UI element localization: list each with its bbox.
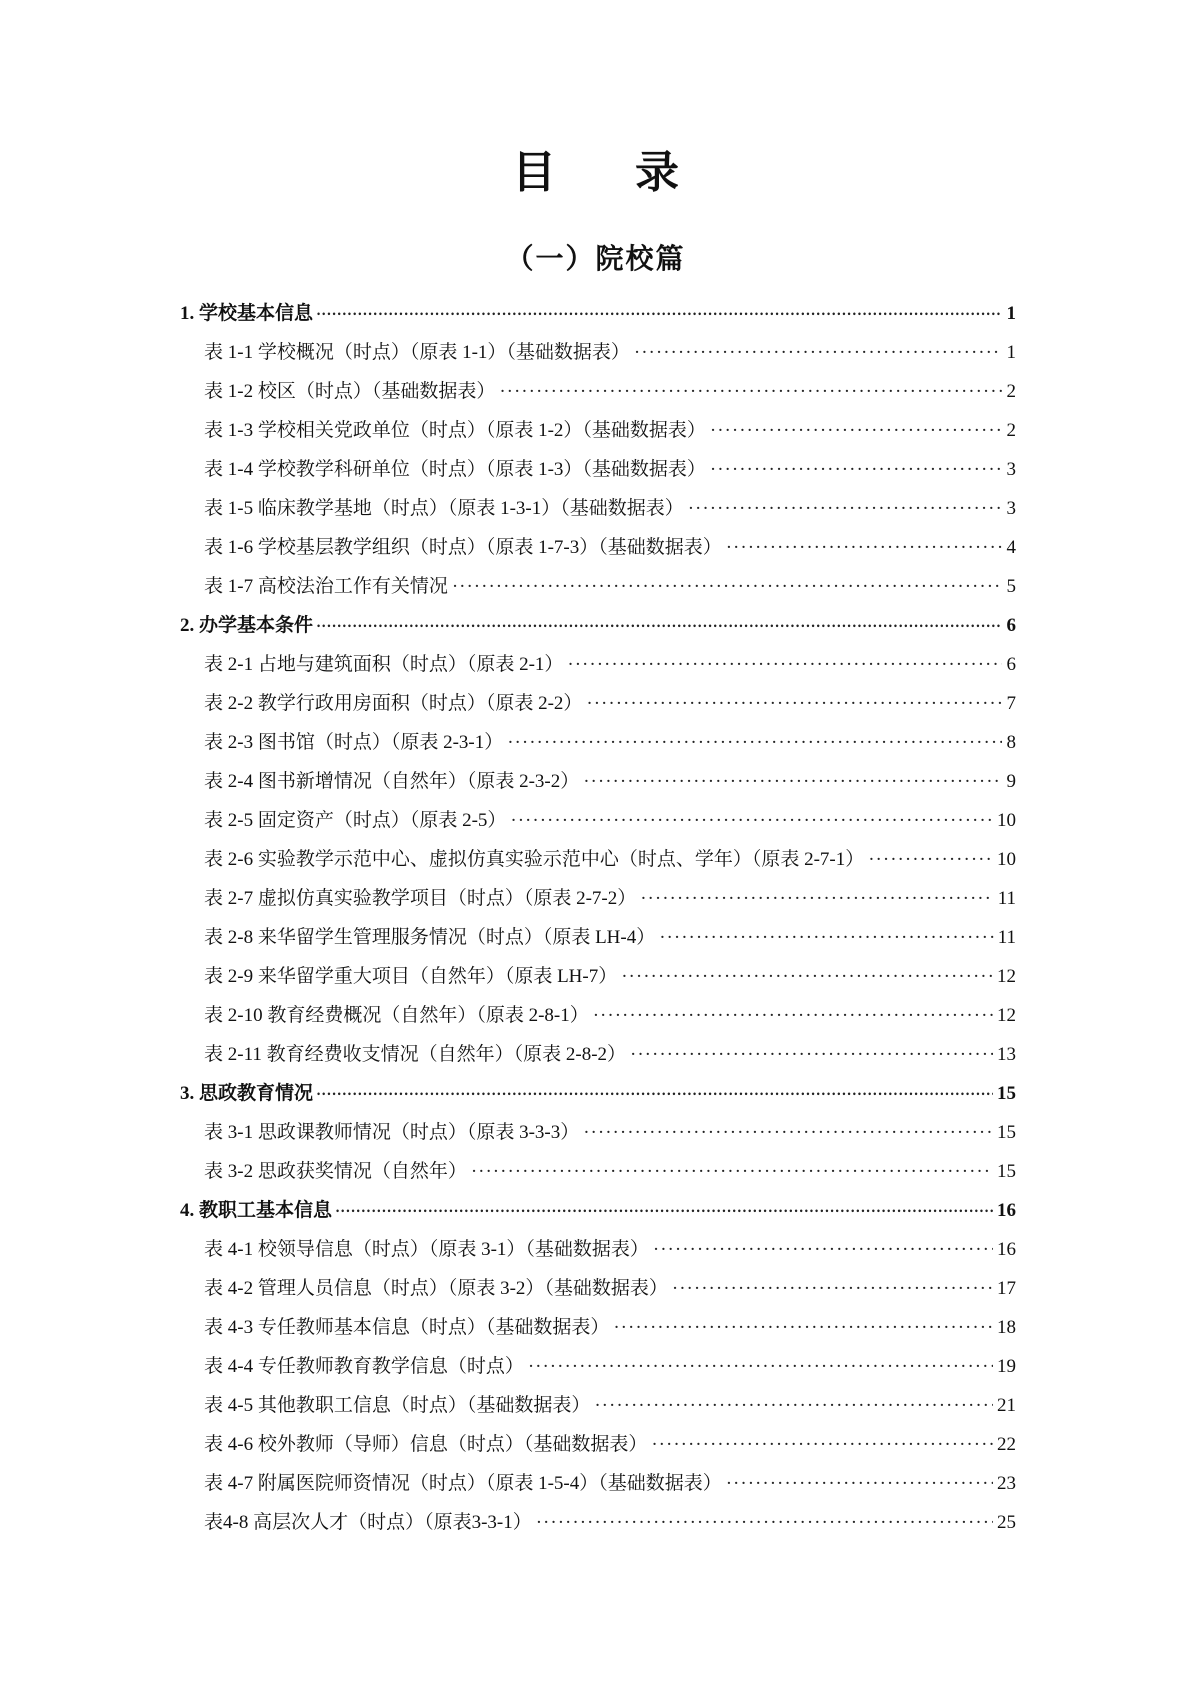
toc-label: 表 4-6 校外教师（导师）信息（时点）（基础数据表） [204,1425,647,1464]
toc-label: 2. 办学基本条件 [180,606,313,645]
toc-entry[interactable]: 表 4-7 附属医院师资情况（时点）（原表 1-5-4）（基础数据表）23 [180,1464,1016,1503]
toc-label: 表 2-8 来华留学生管理服务情况（时点）（原表 LH-4） [204,918,655,957]
dot-leader [471,1152,993,1191]
table-of-contents: 1. 学校基本信息1表 1-1 学校概况（时点）（原表 1-1）（基础数据表）1… [180,294,1016,1542]
toc-label: 表 4-7 附属医院师资情况（时点）（原表 1-5-4）（基础数据表） [204,1464,722,1503]
toc-entry[interactable]: 表 3-1 思政课教师情况（时点）（原表 3-3-3）15 [180,1113,1016,1152]
toc-page-number: 19 [997,1347,1016,1386]
dot-leader [651,1425,993,1464]
toc-label: 表 2-1 占地与建筑面积（时点）（原表 2-1） [204,645,563,684]
dot-leader [583,762,1002,801]
toc-label: 表 2-11 教育经费收支情况（自然年）（原表 2-8-2） [204,1035,626,1074]
dot-leader [317,294,1002,334]
toc-label: 表 3-1 思政课教师情况（时点）（原表 3-3-3） [204,1113,579,1152]
toc-label: 表 2-3 图书馆（时点）（原表 2-3-1） [204,723,503,762]
page-title: 目 录 [0,143,1191,203]
toc-page-number: 4 [1006,528,1016,567]
toc-page-number: 16 [997,1230,1016,1269]
toc-label: 表 3-2 思政获奖情况（自然年） [204,1152,467,1191]
toc-page-number: 3 [1006,450,1016,489]
dot-leader [507,723,1002,762]
toc-page-number: 7 [1006,684,1016,723]
toc-entry[interactable]: 表 4-5 其他教职工信息（时点）（基础数据表）21 [180,1386,1016,1425]
toc-page-number: 23 [997,1464,1016,1503]
dot-leader [452,567,1002,606]
toc-entry[interactable]: 表 1-6 学校基层教学组织（时点）（原表 1-7-3）（基础数据表）4 [180,528,1016,567]
toc-label: 表 2-2 教学行政用房面积（时点）（原表 2-2） [204,684,582,723]
dot-leader [659,918,993,957]
dot-leader [594,1386,993,1425]
toc-page-number: 5 [1006,567,1016,606]
toc-entry[interactable]: 表 2-3 图书馆（时点）（原表 2-3-1）8 [180,723,1016,762]
toc-page-number: 12 [997,996,1016,1035]
dot-leader [567,645,1002,684]
toc-section[interactable]: 3. 思政教育情况15 [180,1074,1016,1113]
dot-leader [583,1113,993,1152]
toc-label: 表 1-2 校区（时点）（基础数据表） [204,372,495,411]
toc-page-number: 6 [1006,606,1016,645]
toc-label: 表4-8 高层次人才（时点）（原表3-3-1） [204,1503,532,1542]
toc-entry[interactable]: 表 4-4 专任教师教育教学信息（时点）19 [180,1347,1016,1386]
toc-label: 表 1-7 高校法治工作有关情况 [204,567,448,606]
dot-leader [630,1035,993,1074]
dot-leader [868,840,993,879]
toc-page-number: 12 [997,957,1016,996]
toc-page-number: 9 [1006,762,1016,801]
dot-leader [640,879,993,918]
dot-leader [710,411,1002,450]
part-title: （一）院校篇 [0,240,1191,280]
toc-entry[interactable]: 表 2-2 教学行政用房面积（时点）（原表 2-2）7 [180,684,1016,723]
toc-entry[interactable]: 表 4-3 专任教师基本信息（时点）（基础数据表）18 [180,1308,1016,1347]
dot-leader [726,528,1002,567]
toc-label: 表 4-1 校领导信息（时点）（原表 3-1）（基础数据表） [204,1230,649,1269]
toc-label: 表 1-6 学校基层教学组织（时点）（原表 1-7-3）（基础数据表） [204,528,722,567]
toc-page-number: 16 [997,1191,1016,1230]
toc-label: 表 2-9 来华留学重大项目（自然年）（原表 LH-7） [204,957,617,996]
toc-entry[interactable]: 表 1-7 高校法治工作有关情况5 [180,567,1016,606]
toc-entry[interactable]: 表 2-4 图书新增情况（自然年）（原表 2-3-2）9 [180,762,1016,801]
dot-leader [528,1347,993,1386]
toc-entry[interactable]: 表 2-11 教育经费收支情况（自然年）（原表 2-8-2）13 [180,1035,1016,1074]
toc-label: 表 2-10 教育经费概况（自然年）（原表 2-8-1） [204,996,589,1035]
dot-leader [336,1191,993,1231]
toc-page-number: 25 [997,1503,1016,1542]
toc-label: 1. 学校基本信息 [180,294,313,333]
dot-leader [726,1464,993,1503]
dot-leader [317,1074,993,1114]
toc-label: 表 2-6 实验教学示范中心、虚拟仿真实验示范中心（时点、学年）（原表 2-7-… [204,840,864,879]
toc-page-number: 1 [1006,294,1016,333]
toc-page-number: 13 [997,1035,1016,1074]
toc-entry[interactable]: 表 1-4 学校教学科研单位（时点）（原表 1-3）（基础数据表）3 [180,450,1016,489]
toc-page-number: 17 [997,1269,1016,1308]
toc-label: 表 1-4 学校教学科研单位（时点）（原表 1-3）（基础数据表） [204,450,706,489]
dot-leader [710,450,1002,489]
toc-label: 表 4-3 专任教师基本信息（时点）（基础数据表） [204,1308,609,1347]
toc-page-number: 2 [1006,411,1016,450]
toc-label: 表 1-3 学校相关党政单位（时点）（原表 1-2）（基础数据表） [204,411,706,450]
toc-entry[interactable]: 表 4-6 校外教师（导师）信息（时点）（基础数据表）22 [180,1425,1016,1464]
dot-leader [593,996,993,1035]
toc-entry[interactable]: 表 1-1 学校概况（时点）（原表 1-1）（基础数据表）1 [180,333,1016,372]
toc-entry[interactable]: 表 1-5 临床教学基地（时点）（原表 1-3-1）（基础数据表）3 [180,489,1016,528]
toc-page-number: 10 [997,840,1016,879]
toc-entry[interactable]: 表 2-6 实验教学示范中心、虚拟仿真实验示范中心（时点、学年）（原表 2-7-… [180,840,1016,879]
toc-label: 表 2-4 图书新增情况（自然年）（原表 2-3-2） [204,762,579,801]
toc-entry[interactable]: 表 2-8 来华留学生管理服务情况（时点）（原表 LH-4）11 [180,918,1016,957]
toc-entry[interactable]: 表 2-9 来华留学重大项目（自然年）（原表 LH-7）12 [180,957,1016,996]
toc-page-number: 3 [1006,489,1016,528]
toc-label: 表 2-7 虚拟仿真实验教学项目（时点）（原表 2-7-2） [204,879,636,918]
dot-leader [536,1503,993,1542]
toc-page-number: 2 [1006,372,1016,411]
toc-label: 表 4-4 专任教师教育教学信息（时点） [204,1347,524,1386]
toc-entry[interactable]: 表 2-5 固定资产（时点）（原表 2-5）10 [180,801,1016,840]
toc-page-number: 6 [1006,645,1016,684]
dot-leader [621,957,993,996]
toc-entry[interactable]: 表 1-3 学校相关党政单位（时点）（原表 1-2）（基础数据表）2 [180,411,1016,450]
toc-page-number: 11 [998,918,1016,957]
toc-page-number: 15 [997,1152,1016,1191]
toc-page-number: 1 [1006,333,1016,372]
toc-section[interactable]: 2. 办学基本条件6 [180,606,1016,645]
toc-label: 表 4-5 其他教职工信息（时点）（基础数据表） [204,1386,590,1425]
dot-leader [653,1230,993,1269]
toc-label: 表 4-2 管理人员信息（时点）（原表 3-2）（基础数据表） [204,1269,668,1308]
toc-entry[interactable]: 表 2-1 占地与建筑面积（时点）（原表 2-1）6 [180,645,1016,684]
toc-label: 4. 教职工基本信息 [180,1191,332,1230]
dot-leader [317,606,1002,646]
toc-section[interactable]: 1. 学校基本信息1 [180,294,1016,333]
dot-leader [586,684,1002,723]
toc-page-number: 8 [1006,723,1016,762]
toc-entry[interactable]: 表 2-10 教育经费概况（自然年）（原表 2-8-1）12 [180,996,1016,1035]
toc-label: 表 2-5 固定资产（时点）（原表 2-5） [204,801,506,840]
toc-page-number: 21 [997,1386,1016,1425]
toc-entry[interactable]: 表 1-2 校区（时点）（基础数据表）2 [180,372,1016,411]
toc-entry[interactable]: 表 3-2 思政获奖情况（自然年）15 [180,1152,1016,1191]
toc-page-number: 15 [997,1113,1016,1152]
toc-entry[interactable]: 表4-8 高层次人才（时点）（原表3-3-1）25 [180,1503,1016,1542]
dot-leader [613,1308,993,1347]
toc-section[interactable]: 4. 教职工基本信息16 [180,1191,1016,1230]
dot-leader [510,801,993,840]
toc-entry[interactable]: 表 4-2 管理人员信息（时点）（原表 3-2）（基础数据表）17 [180,1269,1016,1308]
toc-page-number: 10 [997,801,1016,840]
toc-label: 表 1-1 学校概况（时点）（原表 1-1）（基础数据表） [204,333,630,372]
toc-page-number: 15 [997,1074,1016,1113]
toc-page-number: 22 [997,1425,1016,1464]
toc-entry[interactable]: 表 4-1 校领导信息（时点）（原表 3-1）（基础数据表）16 [180,1230,1016,1269]
toc-entry[interactable]: 表 2-7 虚拟仿真实验教学项目（时点）（原表 2-7-2）11 [180,879,1016,918]
dot-leader [499,372,1002,411]
toc-label: 3. 思政教育情况 [180,1074,313,1113]
toc-label: 表 1-5 临床教学基地（时点）（原表 1-3-1）（基础数据表） [204,489,684,528]
dot-leader [688,489,1002,528]
toc-page-number: 11 [998,879,1016,918]
dot-leader [672,1269,993,1308]
dot-leader [634,333,1002,372]
toc-page-number: 18 [997,1308,1016,1347]
